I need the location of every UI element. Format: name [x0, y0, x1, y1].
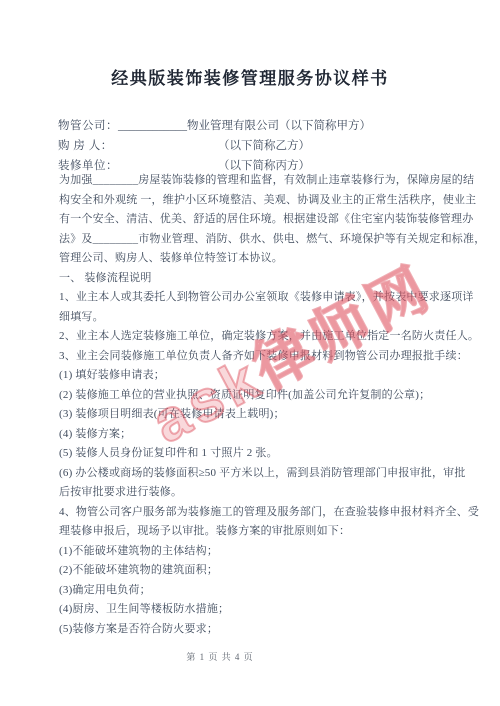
document-line: (2) 装修施工单位的营业执照、资质证明复印件(加盖公司允许复制的公章)；: [59, 386, 474, 406]
document-line: 有一个安全、清洁、优美、舒适的居住环境。根据建设部《住宅室内装饰装修管理办: [59, 210, 474, 230]
party-label: 购 房 人：: [58, 140, 113, 152]
document-line: 一、 装修流程说明: [59, 269, 474, 289]
party-label: 物管公司：: [58, 120, 118, 132]
document-line: (4)厨房、卫生间等楼板防水措施；: [59, 600, 474, 620]
document-line: (4) 装修方案；: [59, 425, 474, 445]
document-line: (3)确定用电负荷；: [59, 581, 474, 601]
page-footer: 第 1 页 共 4 页: [0, 650, 440, 663]
document-body: 为加强________房屋装饰装修的管理和监督，有效制止违章装修行为，保障房屋的…: [59, 171, 474, 639]
document-line: (5)装修方案是否符合防火要求；: [59, 620, 474, 640]
document-line: 3、业主会同装修施工单位负责人备齐如下装修申报材料到物管公司办理报批手续：: [59, 347, 474, 367]
party-value: （以下简称乙方）: [218, 136, 310, 156]
document-line: (2)不能破坏建筑物的建筑面积；: [59, 561, 474, 581]
document-line: 2、业主本人选定装修施工单位，确定装修方案，并由施工单位指定一名防火责任人。: [59, 327, 474, 347]
party-value: 物业管理有限公司（以下简称甲方）: [187, 120, 371, 132]
document-line: (1) 填好装修申请表；: [59, 366, 474, 386]
document-title: 经典版装饰装修管理服务协议样书: [0, 64, 500, 89]
document-line: 为加强________房屋装饰装修的管理和监督，有效制止违章装修行为，保障房屋的…: [59, 171, 474, 191]
document-line: 管理公司、购房人、装修单位特签订本协议。: [59, 249, 474, 269]
party-row: 物管公司：____________物业管理有限公司（以下简称甲方）: [58, 116, 460, 136]
document-line: 细填写。: [59, 308, 474, 328]
party-blank-line: ____________: [118, 120, 187, 132]
document-line: 4、物管公司客户服务部为装修施工的管理及服务部门，在查验装修申报材料齐全、受: [59, 503, 474, 523]
document-line: 1、业主本人或其委托人到物管公司办公室领取《装修申请表》，并按表中要求逐项详: [59, 288, 474, 308]
document-line: (6) 办公楼或商场的装修面积≥50 平方米以上，需到县消防管理部门申报审批，审…: [59, 464, 474, 484]
document-line: (5) 装修人员身份证复印件和 1 寸照片 2 张。: [59, 444, 474, 464]
document-line: 理装修申报后，现场予以审批。装修方案的审批原则如下：: [59, 522, 474, 542]
document-line: (3) 装修项目明细表(可在装修申请表上载明)；: [59, 405, 474, 425]
party-row: 购 房 人：（以下简称乙方）: [58, 136, 460, 156]
document-line: 后按审批要求进行装修。: [59, 483, 474, 503]
document-line: 构安全和外观统 一，维护小区环境整洁、美观、协调及业主的正常生活秩序，使业主: [59, 191, 474, 211]
document-line: 法》及________市物业管理、消防、供水、供电、燃气、环境保护等有关规定和标…: [59, 230, 474, 250]
document-line: (1)不能破坏建筑物的主体结构；: [59, 542, 474, 562]
document-page: 经典版装饰装修管理服务协议样书 物管公司：____________物业管理有限公…: [0, 0, 500, 706]
party-block: 物管公司：____________物业管理有限公司（以下简称甲方）购 房 人：（…: [58, 116, 460, 176]
